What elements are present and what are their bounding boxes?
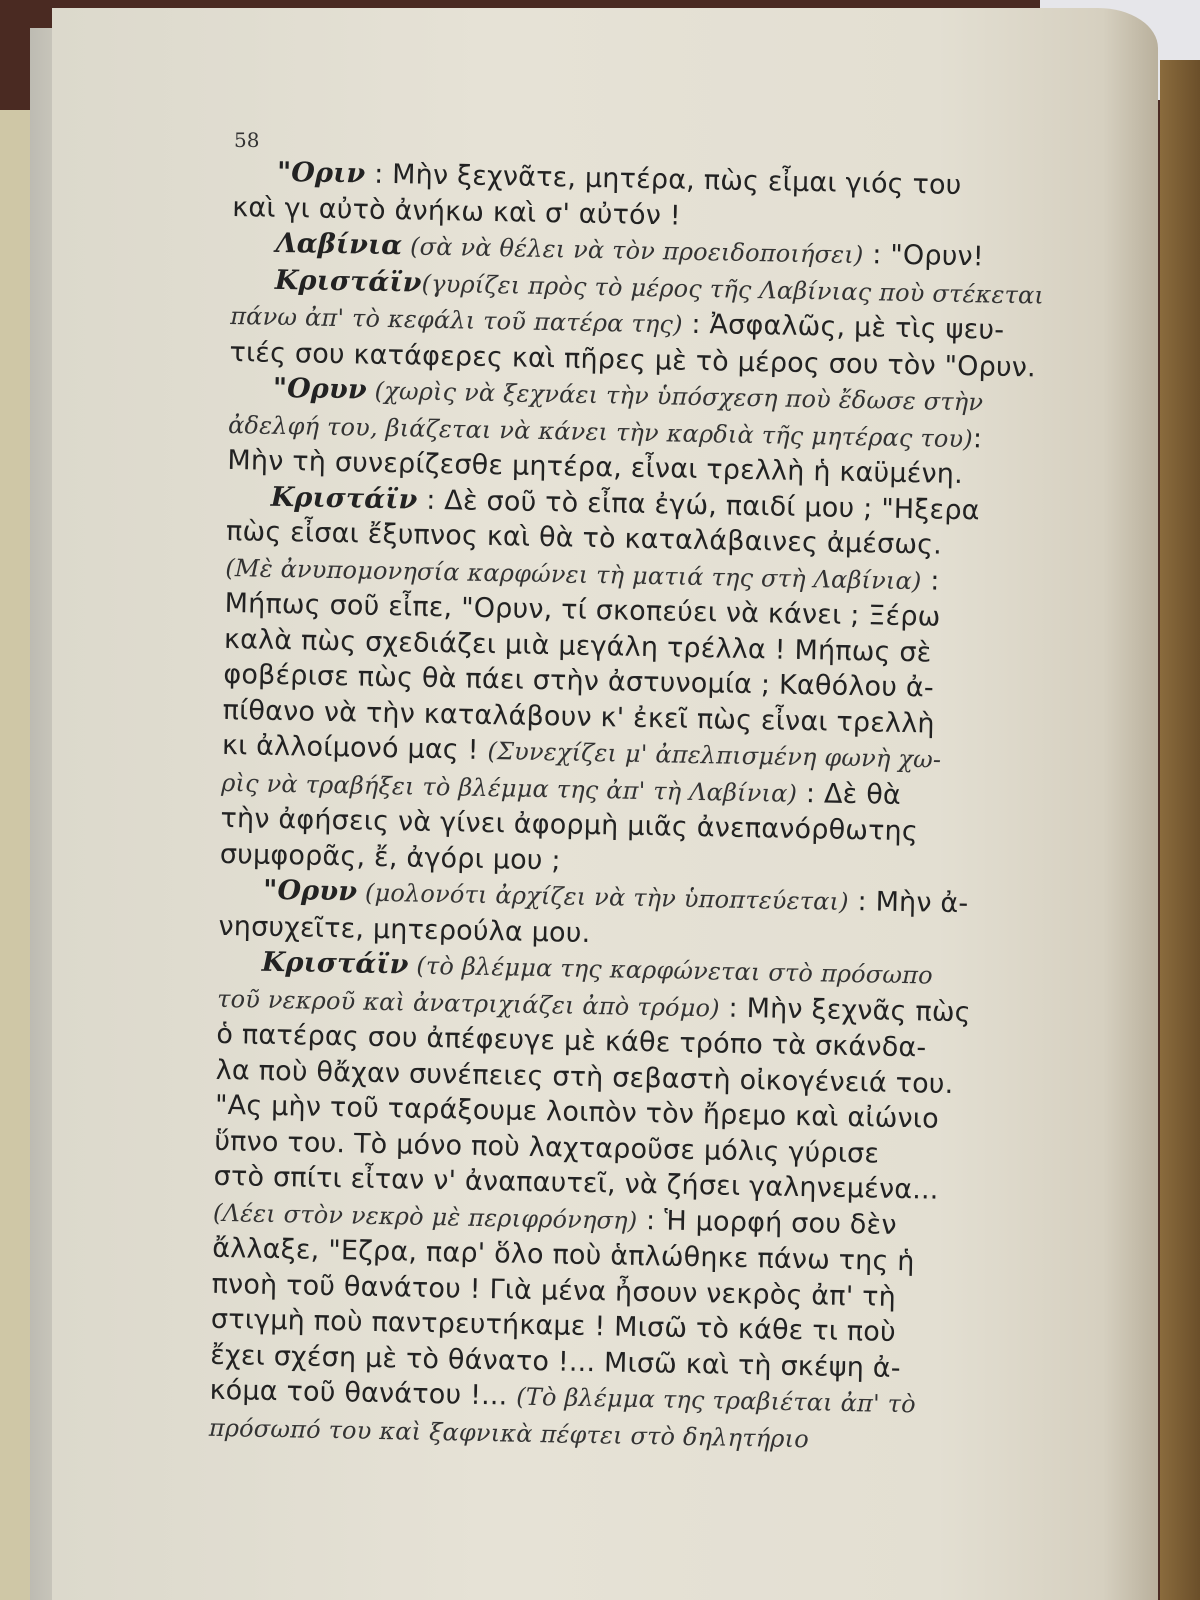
dialogue-text: : Μὴν ἀ- (848, 886, 968, 919)
dialogue-text: κι ἀλλοίμονό μας ! (222, 730, 488, 766)
dialogue-text: συμφορᾶς, ἔ, ἀγόρι μου ; (220, 838, 561, 876)
stage-direction: πρόσωπό του καὶ ξαφνικὰ πέφτει στὸ δηλητ… (209, 1413, 810, 1453)
stage-direction: πάνω ἀπ' τὸ κεφάλι τοῦ πατέρα της) (230, 302, 683, 339)
dialogue-text: : Μὴν ξεχνᾶς πὼς (719, 992, 971, 1028)
dialogue-text: : (973, 423, 983, 454)
play-text: "Οριν : Μὴν ξεχνᾶτε, μητέρα, πὼς εἶμαι γ… (209, 120, 1134, 1463)
dialogue-text: : Ἡ μορφή σου δὲν (637, 1204, 897, 1240)
facing-page-edge (1160, 60, 1200, 1600)
speaker-name: Κριστάϊν (270, 481, 417, 515)
speaker-name: Κριστάϊν (275, 264, 422, 298)
dialogue-text: κόμα τοῦ θανάτου !... (209, 1375, 516, 1412)
speaker-name: Κριστάϊν (262, 947, 409, 981)
stage-direction: τοῦ νεκροῦ καὶ ἀνατριχιάζει ἀπὸ τρόμο) (217, 984, 720, 1022)
speaker-name: "Ορυν (273, 373, 368, 406)
stage-direction: (τὸ βλέμμα της καρφώνεται στὸ πρόσωπο (408, 952, 933, 990)
dialogue-text: νησυχεῖτε, μητερούλα μου. (218, 910, 590, 948)
stage-direction: (Συνεχίζει μ' ἀπελπισμένη φωνὴ χω- (487, 737, 941, 774)
dialogue-text: : Δὲ θὰ (797, 777, 901, 810)
dialogue-text: καὶ γι αὐτὸ ἀνήκω καὶ σ' αὐτόν ! (232, 191, 681, 231)
stage-direction: (Λέει στὸν νεκρὸ μὲ περιφρόνηση) (213, 1198, 638, 1234)
dialogue-text: : "Ορυν! (863, 239, 984, 272)
stage-direction: (μολονότι ἀρχίζει νὰ τὴν ὑποπτεύεται) (357, 879, 849, 916)
stage-direction: (σὰ νὰ θέλει νὰ τὸν προειδοποιήσει) (402, 232, 864, 269)
speaker-name: "Οριν (277, 157, 366, 190)
dialogue-text: : Ἀσφαλῶς, μὲ τὶς ψευ- (682, 309, 1004, 346)
speaker-name: Λαβίνια (275, 228, 402, 261)
stage-direction: (Τὸ βλέμμα της τραβιέται ἀπ' τὸ (516, 1383, 916, 1419)
dialogue-text: : (921, 565, 940, 596)
speaker-name: "Ορυν (263, 875, 358, 908)
